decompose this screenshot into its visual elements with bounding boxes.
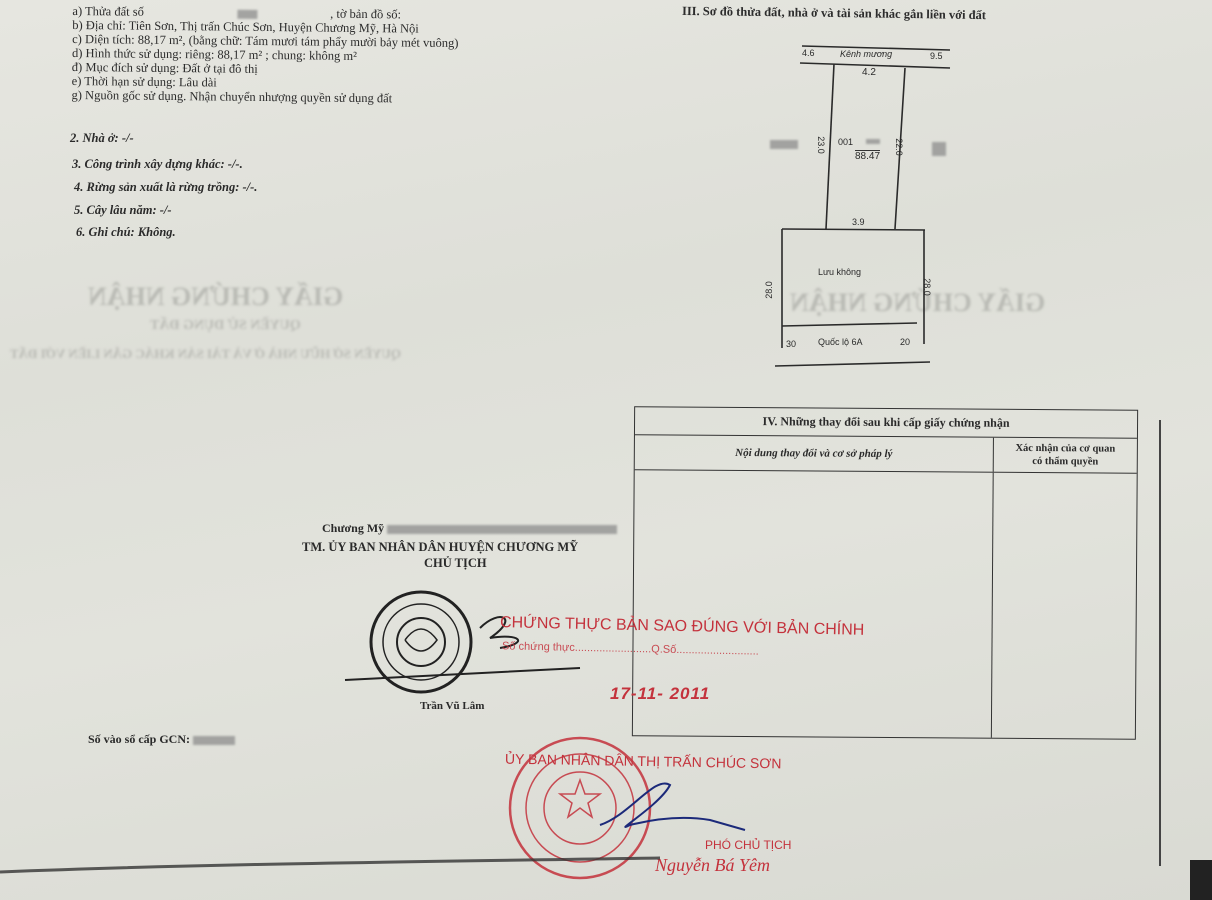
section-perennial: 5. Cây lâu năm: -/-	[74, 203, 172, 218]
diagram-title: III. Sơ đồ thửa đất, nhà ở và tài sản kh…	[682, 4, 986, 22]
redacted-neighbor-left	[770, 140, 798, 149]
section-house: 2. Nhà ở: -/-	[70, 131, 134, 146]
col-authority-line2: có thẩm quyền	[994, 455, 1137, 469]
parcel-area: 88.47	[855, 150, 880, 162]
issuer-name: Trần Vũ Lâm	[420, 700, 484, 712]
issuer-role: CHỦ TỊCH	[424, 556, 487, 571]
ghost-title: GIẤY CHỨNG NHẬN	[88, 282, 343, 312]
gcn-number: Số vào sổ cấp GCN:	[88, 732, 235, 747]
top-right-dim: 9.5	[930, 51, 943, 61]
top-left-dim: 4.6	[802, 48, 815, 58]
top-width-dim: 4.2	[862, 67, 876, 78]
issuing-org: TM. ỦY BAN NHÂN DÂN HUYỆN CHƯƠNG MỸ	[302, 540, 578, 555]
col-change-content: Nội dung thay đổi và cơ sở pháp lý	[635, 435, 994, 472]
section-notes: 6. Ghi chú: Không.	[76, 225, 176, 240]
corridor-left-dim: 28.0	[764, 281, 774, 299]
usage-origin-line: g) Nguồn gốc sử dụng. Nhận chuyển nhượng…	[71, 88, 457, 106]
map-sheet-label: , tờ bản đồ số:	[330, 7, 401, 22]
ghost-right-title: GIẤY CHỨNG NHẬN	[790, 288, 1045, 318]
changes-table-title: IV. Những thay đổi sau khi cấp giấy chứn…	[635, 407, 1137, 439]
corridor-right-dim: 28.0	[922, 278, 932, 296]
redacted-parcel-code	[866, 139, 880, 144]
fold-line	[0, 0, 1, 1]
col-authority-confirm: Xác nhận của cơ quan có thẩm quyền	[994, 438, 1137, 473]
road-right-dim: 20	[900, 337, 910, 347]
ghost-line: QUYỀN SỞ HỮU NHÀ Ở VÀ TÀI SẢN KHÁC GẮN L…	[10, 346, 401, 362]
redacted-parcel	[237, 9, 257, 18]
road-label: Quốc lộ 6A	[818, 337, 863, 347]
col-authority-line1: Xác nhận của cơ quan	[994, 442, 1137, 456]
certification-date: 17-11- 2011	[610, 684, 710, 704]
section-1-block: a) Thửa đất số , tờ bản đồ số: b) Địa ch…	[71, 4, 458, 106]
ghost-subtitle: QUYỀN SỬ DỤNG ĐẤT	[150, 318, 301, 334]
certifier-role: PHÓ CHỦ TỊCH	[705, 838, 791, 852]
redacted-neighbor-right	[932, 142, 946, 156]
corridor-label: Lưu không	[818, 267, 861, 277]
parcel-id: 001	[838, 137, 853, 147]
certifier-name: Nguyễn Bá Yêm	[655, 855, 770, 876]
section-forest: 4. Rừng sản xuất là rừng trồng: -/-.	[74, 180, 257, 195]
right-length-dim: 22.0	[894, 138, 904, 156]
redacted-gcn	[193, 736, 235, 745]
bottom-width-dim: 3.9	[852, 217, 865, 227]
road-left-dim: 30	[786, 339, 796, 349]
section-other-construction: 3. Công trình xây dựng khác: -/-.	[72, 157, 243, 172]
certifying-org: ỦY BAN NHÂN DÂN THỊ TRẤN CHÚC SƠN	[505, 751, 782, 772]
parcel-number-label: a) Thửa đất số	[72, 4, 144, 19]
redacted-date	[387, 525, 617, 534]
table-divider	[991, 473, 994, 738]
canal-label: Kênh mương	[840, 49, 892, 59]
place-date: Chương Mỹ	[322, 521, 617, 536]
left-length-dim: 23.0	[816, 136, 826, 154]
